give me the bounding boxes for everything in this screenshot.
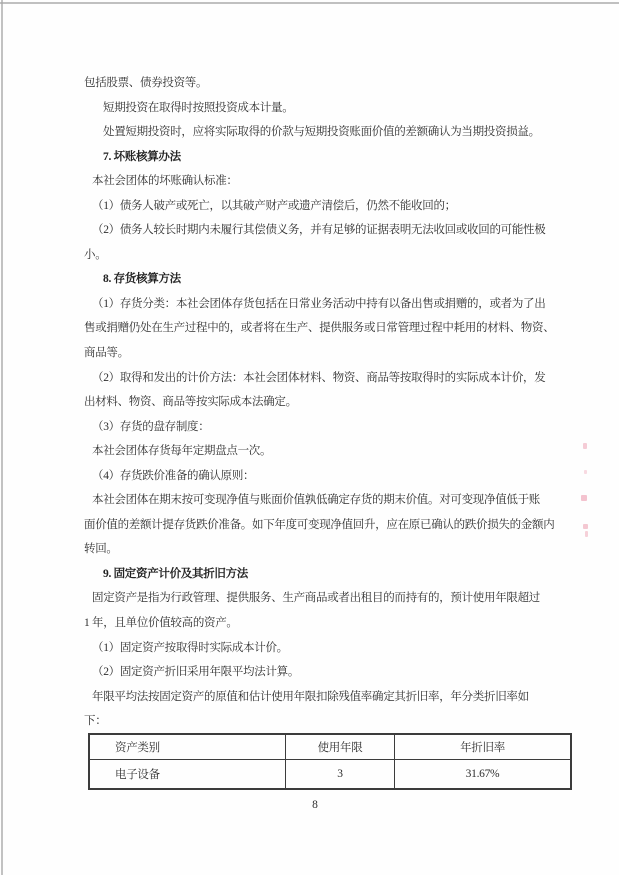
- text-line: （3）存货的盘存制度：: [84, 415, 549, 440]
- scan-edge-top: [0, 2, 619, 4]
- text-line: 本社会团体在期末按可变现净值与账面价值孰低确定存货的期末价值。对可变现净值低于账: [84, 488, 549, 513]
- table-header-row: 资产类别 使用年限 年折旧率: [89, 734, 571, 760]
- text-line: （1）存货分类：本社会团体存货包括在日常业务活动中持有以备出售或捐赠的，或者为了…: [84, 292, 549, 317]
- text-line: 转回。: [84, 537, 549, 562]
- text-line: 本社会团体存货每年定期盘点一次。: [84, 439, 549, 464]
- section-heading: 9. 固定资产计价及其折旧方法: [84, 562, 549, 587]
- cell-annual-depreciation-rate: 31.67%: [395, 760, 572, 790]
- bleed-through-mark: [583, 443, 587, 449]
- text-line: 包括股票、债券投资等。: [84, 71, 549, 96]
- text-line: （1）债务人破产或死亡，以其破产财产或遗产清偿后，仍然不能收回的；: [84, 194, 549, 219]
- text-line: （2）债务人较长时期内未履行其偿债义务，并有足够的证据表明无法收回或收回的可能性…: [84, 218, 549, 243]
- text-line: （4）存货跌价准备的确认原则：: [84, 464, 549, 489]
- bleed-through-mark: [585, 531, 588, 537]
- text-line: 小。: [84, 243, 549, 268]
- table-header-asset-category: 资产类别: [89, 734, 286, 760]
- section-heading: 7. 坏账核算办法: [84, 145, 549, 170]
- text-line: （2）固定资产折旧采用年限平均法计算。: [84, 660, 549, 685]
- depreciation-table: 资产类别 使用年限 年折旧率 电子设备 3 31.67%: [88, 733, 572, 790]
- text-line: 本社会团体的坏账确认标准：: [84, 169, 549, 194]
- table-row: 电子设备 3 31.67%: [89, 760, 571, 790]
- table-header-useful-life: 使用年限: [286, 734, 395, 760]
- document-body: 包括股票、债券投资等。短期投资在取得时按照投资成本计量。处置短期投资时，应将实际…: [84, 71, 549, 734]
- page-number: 8: [84, 799, 546, 811]
- table-header-annual-depreciation-rate: 年折旧率: [395, 734, 572, 760]
- bleed-through-mark: [581, 495, 587, 501]
- text-line: （2）取得和发出的计价方法：本社会团体材料、物资、商品等按取得时的实际成本计价，…: [84, 366, 549, 391]
- text-line: 固定资产是指为行政管理、提供服务、生产商品或者出租目的而持有的，预计使用年限超过: [84, 586, 549, 611]
- text-line: 短期投资在取得时按照投资成本计量。: [84, 96, 549, 121]
- text-line: 处置短期投资时，应将实际取得的价款与短期投资账面价值的差额确认为当期投资损益。: [84, 120, 549, 145]
- text-line: 1 年，且单位价值较高的资产。: [84, 611, 549, 636]
- text-line: 出材料、物资、商品等按实际成本法确定。: [84, 390, 549, 415]
- text-line: 售或捐赠仍处在生产过程中的，或者将在生产、提供服务或日常管理过程中耗用的材料、物…: [84, 316, 549, 341]
- cell-asset-category: 电子设备: [89, 760, 286, 790]
- document-page: 包括股票、债券投资等。短期投资在取得时按照投资成本计量。处置短期投资时，应将实际…: [0, 0, 619, 875]
- text-line: 商品等。: [84, 341, 549, 366]
- bleed-through-mark: [583, 524, 588, 529]
- bleed-through-mark: [584, 470, 587, 474]
- text-line: （1）固定资产按取得时实际成本计价。: [84, 636, 549, 661]
- text-line: 面价值的差额计提存货跌价准备。如下年度可变现净值回升，应在原已确认的跌价损失的金…: [84, 513, 549, 538]
- section-heading: 8. 存货核算方法: [84, 267, 549, 292]
- text-line: 下：: [84, 709, 549, 734]
- text-line: 年限平均法按固定资产的原值和估计使用年限扣除残值率确定其折旧率，年分类折旧率如: [84, 685, 549, 710]
- scan-edge-left: [1, 0, 3, 875]
- cell-useful-life: 3: [286, 760, 395, 790]
